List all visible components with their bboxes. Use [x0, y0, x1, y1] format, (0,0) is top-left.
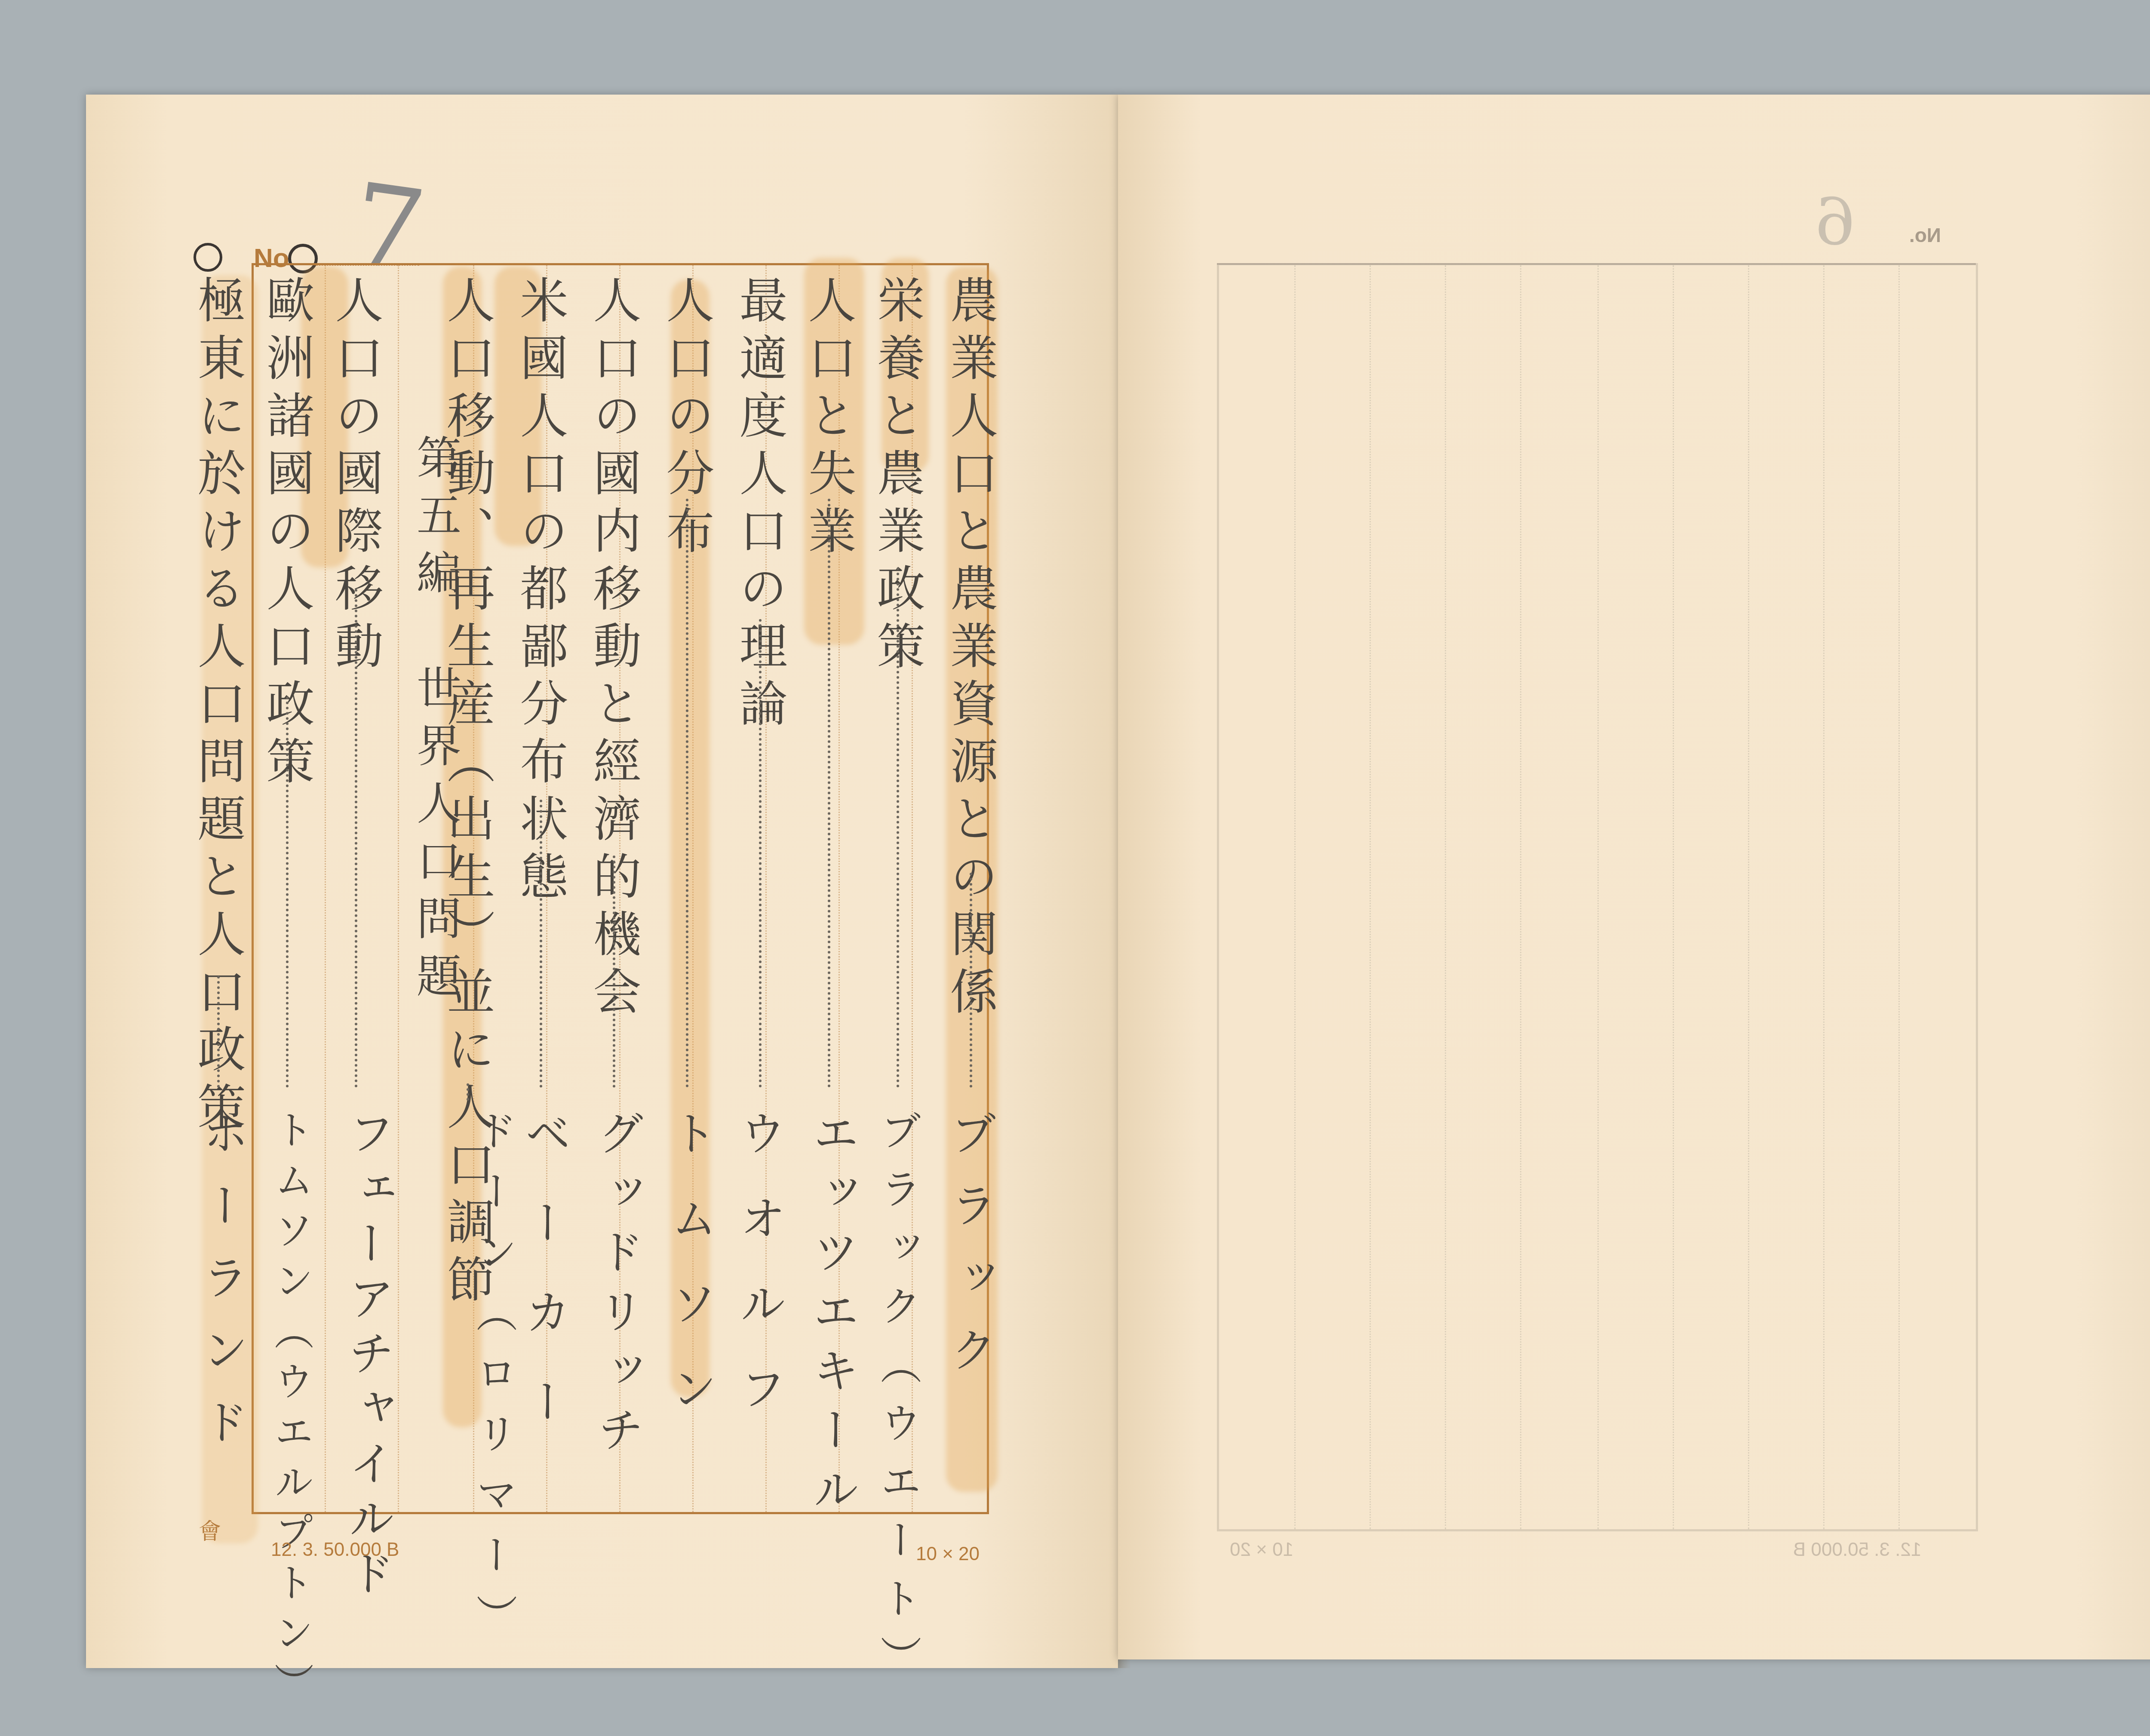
dotted-leader — [828, 499, 830, 1088]
toc-entry-author: トムソン（ウエルプトン） — [271, 1109, 310, 1713]
dotted-leader — [467, 1083, 469, 1101]
footer-print-code: 12. 3. 50.000 B — [271, 1539, 399, 1561]
mirrored-no-label: No. — [1909, 224, 1941, 247]
dotted-leader — [897, 567, 899, 1088]
dotted-leader — [613, 856, 615, 1088]
footer-mark: 會 — [199, 1513, 221, 1546]
toc-entry-author: グッドリッチ — [593, 1109, 640, 1465]
toc-entry-author: ベーカー — [520, 1109, 567, 1467]
dotted-leader — [217, 976, 220, 1088]
footer-grid-size: 10 × 20 — [916, 1543, 980, 1565]
toc-entry-author: フェーアチャイルド — [344, 1109, 390, 1604]
toc-entry-author: エッツエキール — [808, 1109, 855, 1524]
mirrored-print-code: 12. 3. 50.000 B — [1793, 1539, 1921, 1561]
manuscript-grid-right — [1217, 263, 1978, 1531]
mirrored-page-number: 6 — [1815, 185, 1855, 260]
margin-circle-mark — [193, 243, 222, 272]
toc-entry-author: ドーン（ロリマー） — [473, 1109, 514, 1655]
mirrored-grid-size: 10 × 20 — [1230, 1539, 1293, 1561]
dotted-leader — [686, 499, 688, 1088]
dotted-leader — [970, 873, 972, 1088]
dotted-leader — [355, 589, 357, 1088]
toc-entry-author: トムソン — [666, 1109, 713, 1450]
toc-entry-author: ブラック — [946, 1109, 992, 1398]
right-header-rule — [1217, 263, 1976, 265]
toc-entry-author: ホーランド — [198, 1109, 244, 1470]
toc-entry-author: ブラック（ウエート） — [877, 1109, 918, 1694]
section-heading: 第五編 世界人口問題 — [413, 434, 458, 1010]
dotted-leader — [759, 619, 762, 1088]
dotted-leader — [286, 696, 289, 1088]
dotted-leader — [540, 800, 542, 1088]
toc-entry-author: ウオルフ — [735, 1109, 782, 1450]
